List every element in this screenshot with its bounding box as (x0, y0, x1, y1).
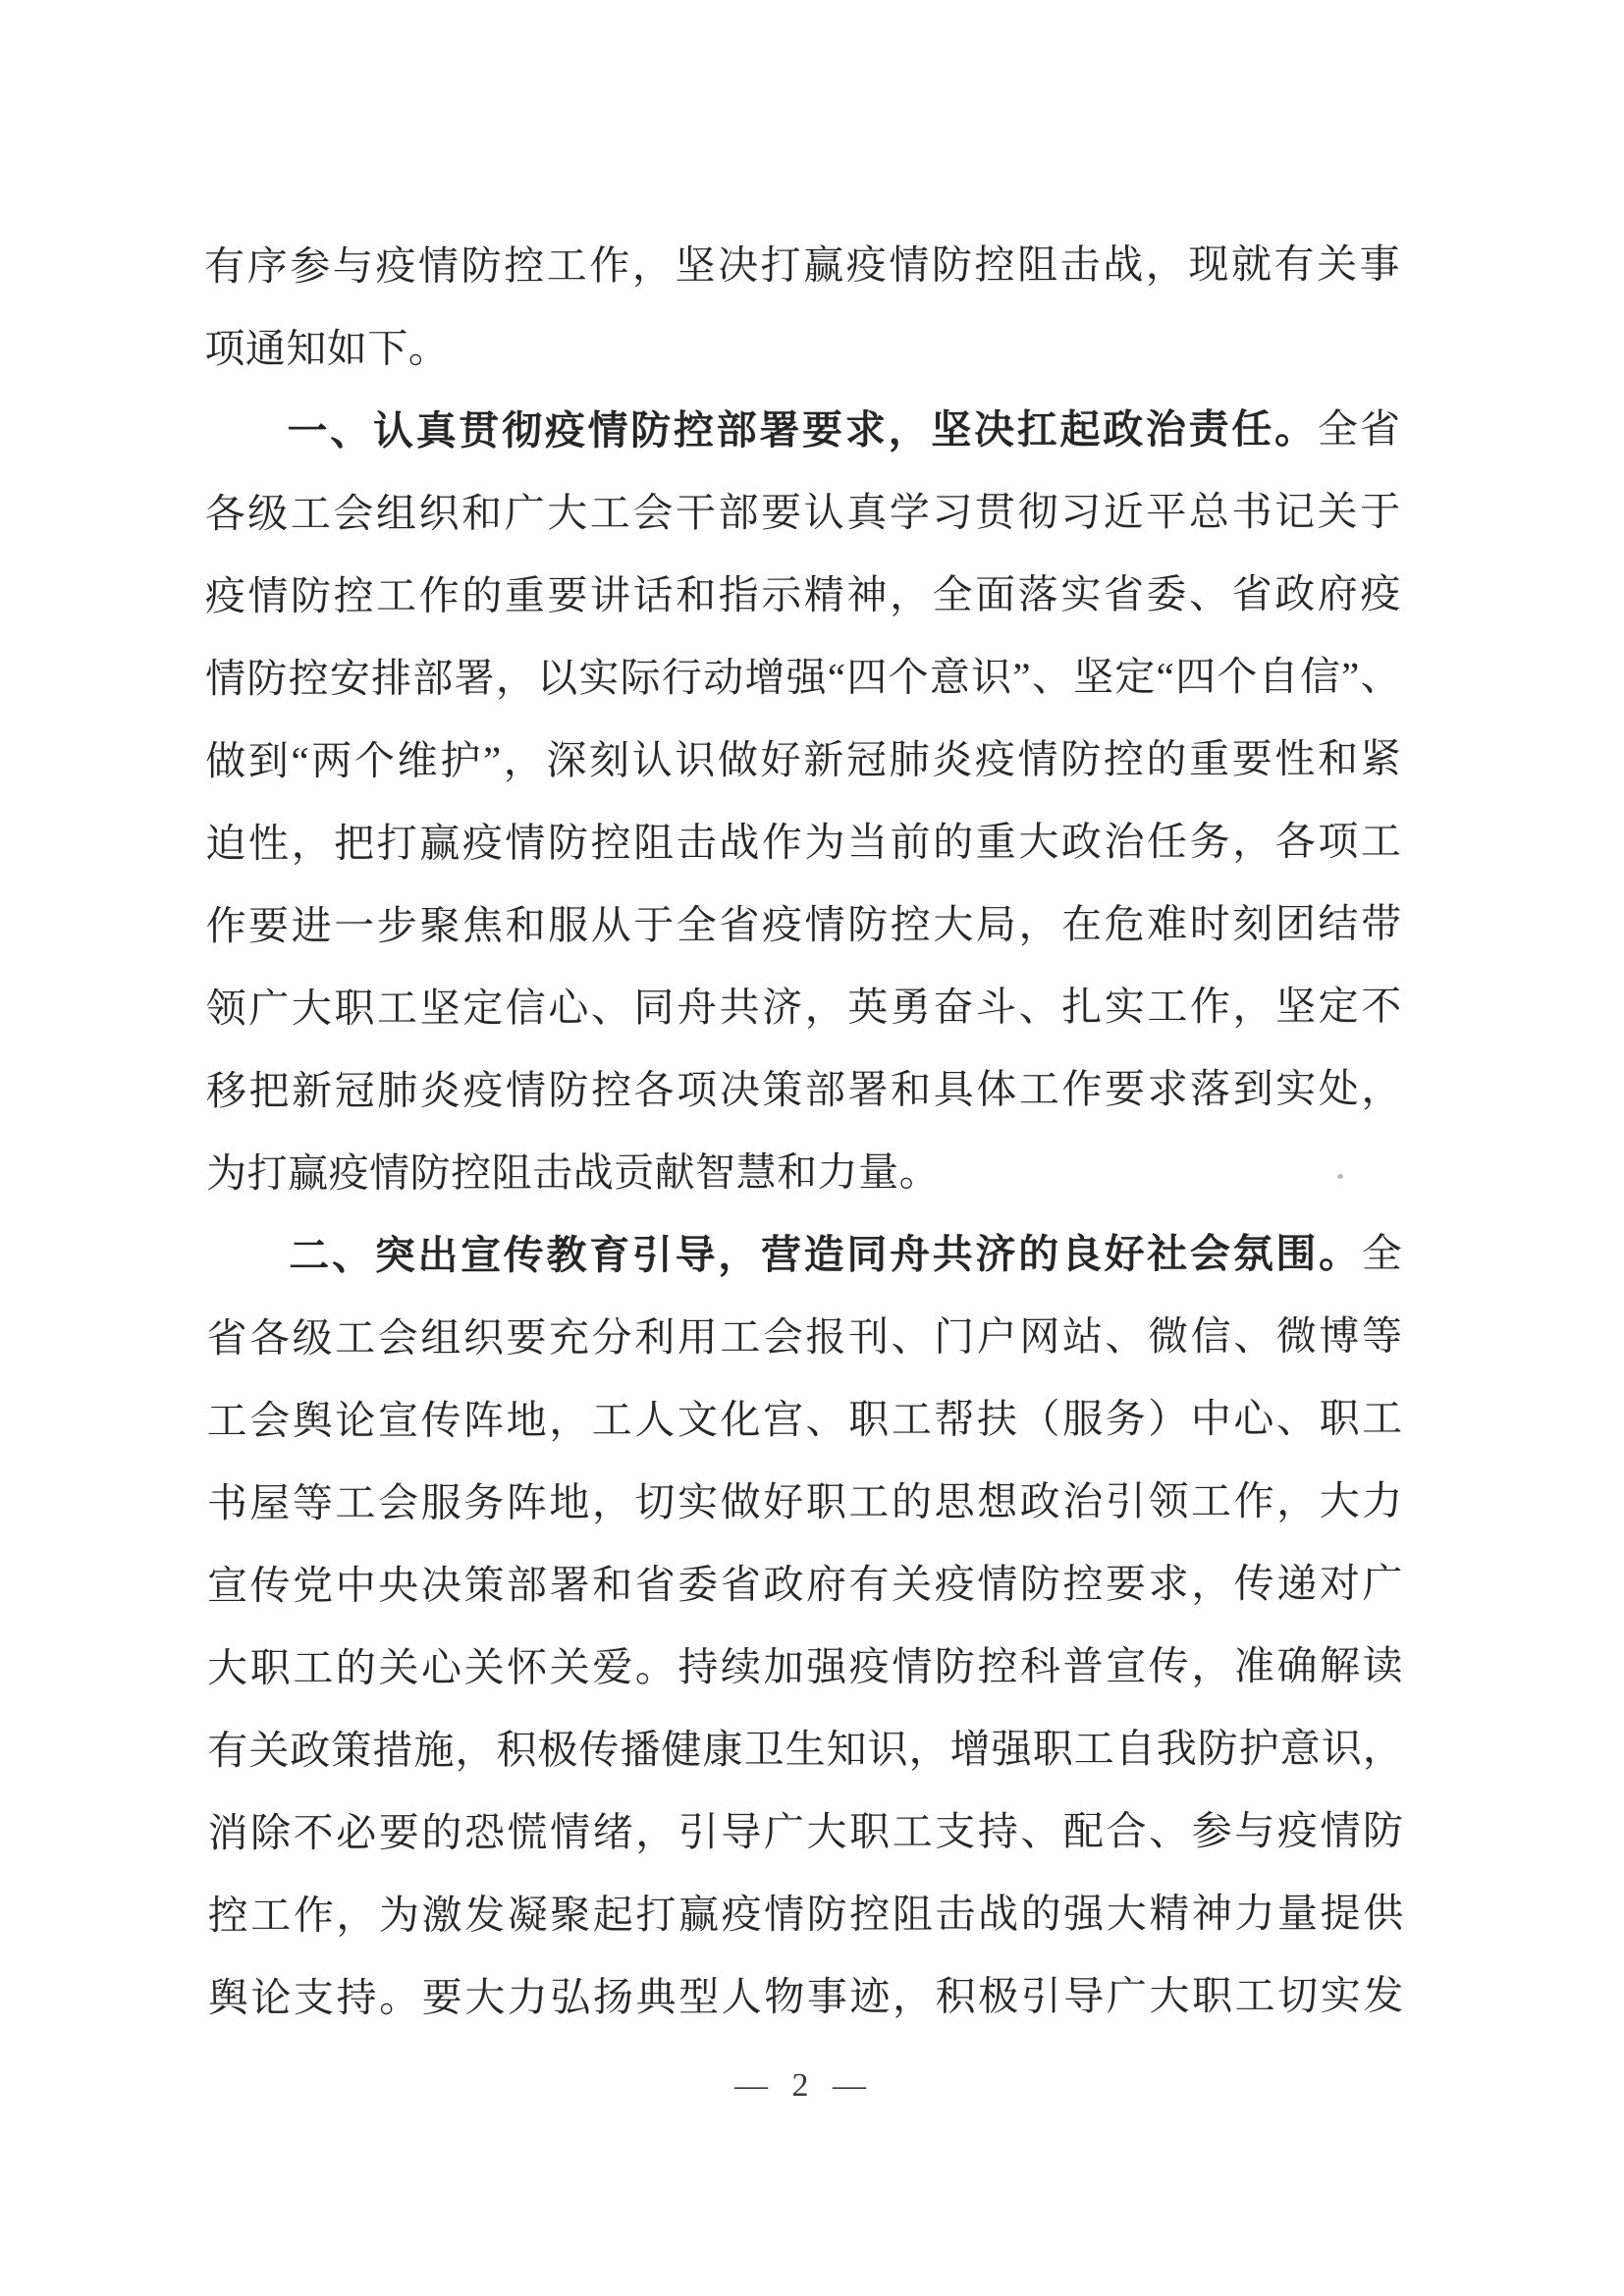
body-line-text: 工会舆论宣传阵地，工人文化宫、职工帮扶（服务）中心、职工 (207, 1396, 1403, 1444)
section-heading-line: 二、突出宣传教育引导，营造同舟共济的良好社会氛围。全 (206, 1212, 1402, 1298)
body-line-text: 疫情防控工作的重要讲话和指示精神，全面落实省委、省政府疫 (205, 571, 1401, 619)
body-line-text: 宣传党中央决策部署和省委省政府有关疫情防控要求，传递对广 (207, 1561, 1403, 1609)
body-line: 各级工会组织和广大工会干部要认真学习贯彻习近平总书记关于 (205, 470, 1401, 556)
body-line: 项通知如下。 (204, 305, 1400, 391)
body-line-text: 消除不必要的恐慌情绪，引导广大职工支持、配合、参与疫情防 (207, 1808, 1403, 1856)
body-line-text: 省各级工会组织要充分利用工会报刊、门户网站、微信、微博等 (206, 1313, 1402, 1362)
body-line: 疫情防控工作的重要讲话和指示精神，全面落实省委、省政府疫 (205, 553, 1401, 638)
body-line-text: 全省 (1318, 406, 1401, 452)
body-line-text: 全 (1362, 1231, 1403, 1276)
body-line-text: 有关政策措施，积极传播健康卫生知识，增强职工自我防护意识， (207, 1726, 1403, 1774)
body-line: 移把新冠肺炎疫情防控各项决策部署和具体工作要求落到实处， (206, 1047, 1402, 1133)
body-line: 省各级工会组织要充分利用工会报刊、门户网站、微信、微博等 (206, 1295, 1402, 1380)
body-line-text: 舆论支持。要大力弘扬典型人物事迹，积极引导广大职工切实发 (208, 1973, 1404, 2021)
scan-speck (1337, 1174, 1343, 1179)
body-line: 大职工的关心关怀关爱。持续加强疫情防控科普宣传，准确解读 (207, 1625, 1403, 1710)
body-line: 控工作，为激发凝聚起打赢疫情防控阻击战的强大精神力量提供 (208, 1872, 1404, 1957)
body-line-text: 有序参与疫情防控工作，坚决打赢疫情防控阻击战，现就有关事 (204, 241, 1400, 290)
scan-speck (890, 754, 893, 758)
body-line: 有关政策措施，积极传播健康卫生知识，增强职工自我防护意识， (207, 1707, 1403, 1792)
document-body: 有序参与疫情防控工作，坚决打赢疫情防控阻击战，现就有关事 项通知如下。 一、认真… (204, 223, 1404, 2040)
body-line: 书屋等工会服务阵地，切实做好职工的思想政治引领工作，大力 (207, 1460, 1403, 1545)
body-line: 做到“两个维护”，深刻认识做好新冠肺炎疫情防控的重要性和紧 (205, 718, 1401, 803)
body-line: 情防控安排部署，以实际行动增强“四个意识”、坚定“四个自信”、 (205, 635, 1401, 721)
body-line-text: 迫性，把打赢疫情防控阻击战作为当前的重大政治任务，各项工 (205, 819, 1401, 867)
body-line-text: 领广大职工坚定信心、同舟共济，英勇奋斗、扎实工作，坚定不 (206, 984, 1402, 1032)
body-line-text: 情防控安排部署，以实际行动增强“四个意识”、坚定“四个自信”、 (205, 654, 1401, 702)
body-line: 有序参与疫情防控工作，坚决打赢疫情防控阻击战，现就有关事 (204, 223, 1400, 308)
body-line-text: 为打赢疫情防控阻击战贡献智慧和力量。 (206, 1149, 940, 1197)
scanned-document-page: 有序参与疫情防控工作，坚决打赢疫情防控阻击战，现就有关事 项通知如下。 一、认真… (0, 0, 1624, 2296)
section-heading-line: 一、认真贯彻疫情防控部署要求，坚决扛起政治责任。全省 (204, 388, 1400, 473)
body-line: 宣传党中央决策部署和省委省政府有关疫情防控要求，传递对广 (207, 1542, 1403, 1628)
body-line-text: 控工作，为激发凝聚起打赢疫情防控阻击战的强大精神力量提供 (208, 1891, 1404, 1939)
page-number: — 2 — (206, 2067, 1402, 2105)
body-line: 舆论支持。要大力弘扬典型人物事迹，积极引导广大职工切实发 (208, 1954, 1404, 2040)
body-line-text: 书屋等工会服务阵地，切实做好职工的思想政治引领工作，大力 (207, 1478, 1403, 1526)
body-line: 消除不必要的恐慌情绪，引导广大职工支持、配合、参与疫情防 (207, 1789, 1403, 1875)
body-line: 迫性，把打赢疫情防控阻击战作为当前的重大政治任务，各项工 (205, 800, 1401, 885)
section-heading-text: 二、突出宣传教育引导，营造同舟共济的良好社会氛围。 (289, 1231, 1362, 1278)
body-line-text: 大职工的关心关怀关爱。持续加强疫情防控科普宣传，准确解读 (207, 1643, 1403, 1691)
body-line: 工会舆论宣传阵地，工人文化宫、职工帮扶（服务）中心、职工 (207, 1377, 1403, 1463)
body-line-text: 作要进一步聚焦和服从于全省疫情防控大局，在危难时刻团结带 (206, 901, 1402, 949)
body-line: 作要进一步聚焦和服从于全省疫情防控大局，在危难时刻团结带 (205, 882, 1401, 968)
body-line-text: 做到“两个维护”，深刻认识做好新冠肺炎疫情防控的重要性和紧 (205, 736, 1401, 784)
body-line: 为打赢疫情防控阻击战贡献智慧和力量。 (206, 1130, 1402, 1215)
body-line-text: 各级工会组织和广大工会干部要认真学习贯彻习近平总书记关于 (205, 489, 1401, 537)
body-line-text: 项通知如下。 (204, 326, 449, 372)
body-line-text: 移把新冠肺炎疫情防控各项决策部署和具体工作要求落到实处， (206, 1066, 1402, 1114)
section-heading-text: 一、认真贯彻疫情防控部署要求，坚决扛起政治责任。 (287, 406, 1317, 454)
body-line: 领广大职工坚定信心、同舟共济，英勇奋斗、扎实工作，坚定不 (206, 965, 1402, 1050)
